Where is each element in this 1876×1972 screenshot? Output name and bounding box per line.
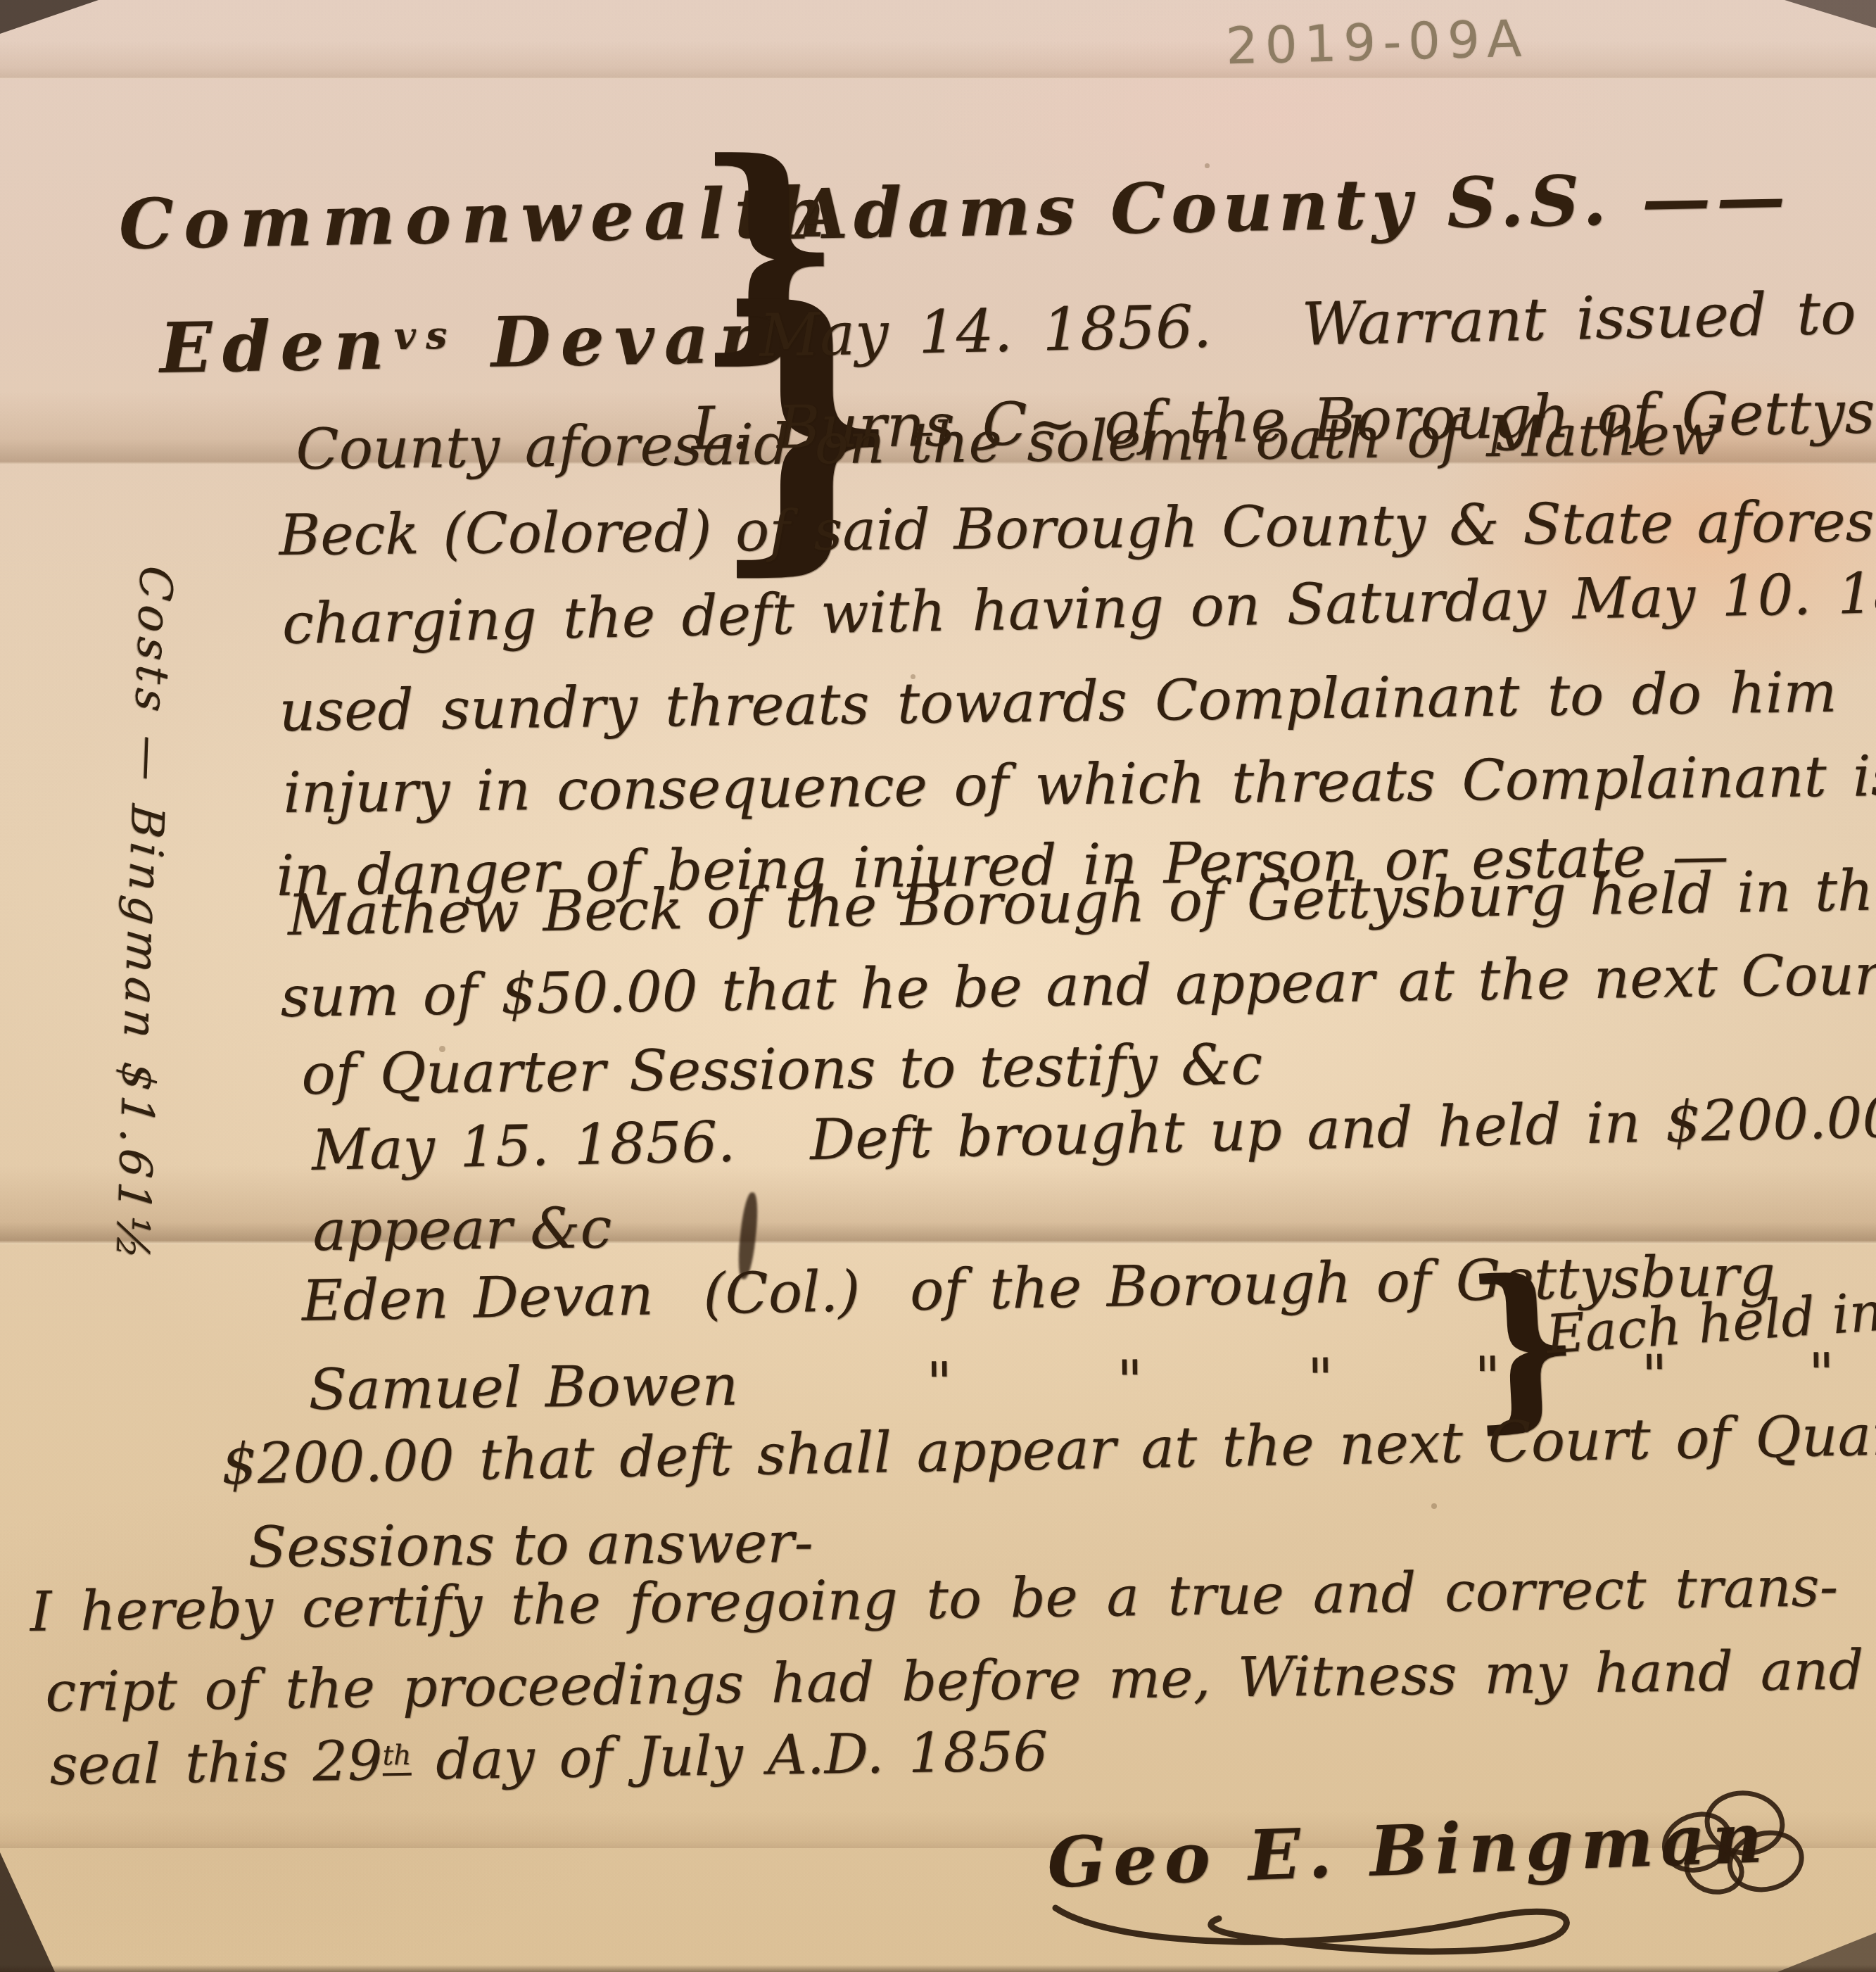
paper-speck — [911, 674, 915, 679]
manuscript-line: appear &c — [312, 1195, 612, 1263]
manuscript-line: Beck (Colored) of said Borough County & … — [279, 488, 1876, 568]
ordinal-suffix: th — [382, 1739, 412, 1776]
defendant-first-name: Eden — [159, 304, 395, 389]
accession-number: 2019-09A — [1225, 8, 1529, 75]
signature-flourish — [1034, 1869, 1654, 1961]
certification-date-post: day of July A.D. 1856 — [411, 1720, 1048, 1793]
paper-speck — [1205, 163, 1210, 168]
paper-speck — [439, 1046, 445, 1052]
paper-speck — [1431, 1503, 1437, 1509]
manuscript-line: of Quarter Sessions to testify &c — [301, 1032, 1263, 1107]
case-party-defendant: Edenvs Devan — [159, 298, 780, 389]
certification-date-pre: seal this 29 — [49, 1729, 383, 1797]
versus-abbreviation: vs — [393, 312, 457, 359]
manuscript-line: Sessions to answer- — [248, 1510, 813, 1580]
document-photo: 2019-09A Commonwealth Edenvs Devan } } A… — [0, 0, 1876, 1972]
notary-seal-scribble — [1652, 1780, 1819, 1915]
paper-edge-shadow — [0, 1965, 1876, 1972]
